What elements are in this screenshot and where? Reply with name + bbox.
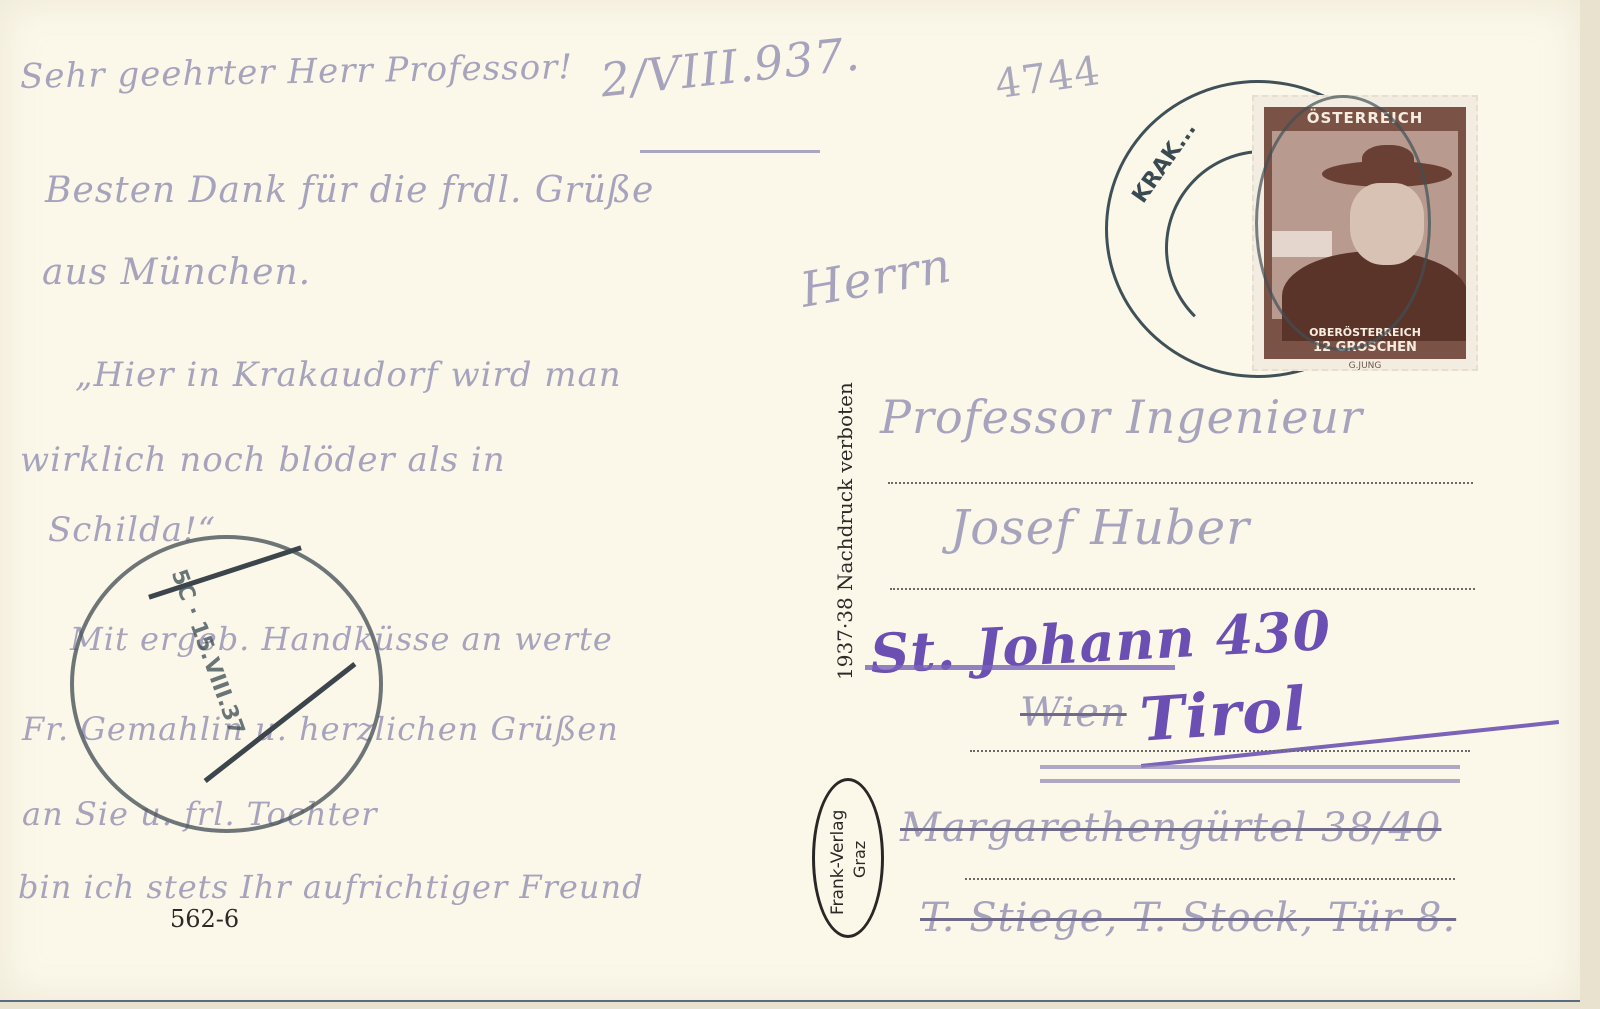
address-original-street: Margarethengürtel 38/40 <box>900 805 1441 851</box>
stamp-cancel-ring <box>1255 95 1431 351</box>
message-line-5: wirklich noch blöder als in <box>20 440 506 480</box>
address-forwarding-line-1: St. Johann 430 <box>869 598 1333 686</box>
address-line-2 <box>890 588 1475 590</box>
address-double-strike <box>1040 765 1460 783</box>
message-line-3: aus München. <box>42 252 311 293</box>
message-line-4: „Hier in Krakaudorf wird man <box>75 355 622 395</box>
forwarding-strike <box>865 665 1175 670</box>
address-title: Professor Ingenieur <box>880 390 1363 444</box>
publisher-name: Frank-Verlag <box>828 810 848 915</box>
address-forwarding-line-2: Tirol <box>1138 674 1309 755</box>
publisher-logo <box>812 778 884 938</box>
publisher-city: Graz <box>850 841 869 878</box>
address-line-4 <box>965 878 1455 880</box>
address-line-3 <box>970 750 1470 752</box>
copyright-line: 1937·38 Nachdruck verboten <box>833 382 857 680</box>
address-name: Josef Huber <box>950 500 1250 556</box>
address-line-1 <box>888 482 1473 484</box>
archive-number: 4744 <box>992 48 1103 108</box>
address-salutation: Herrn <box>796 237 955 319</box>
message-line-2: Besten Dank für die frdl. Grüße <box>45 170 654 211</box>
stamp-designer: G.JUNG <box>1254 361 1476 371</box>
message-greeting: Sehr geehrter Herr Professor! <box>20 47 574 97</box>
address-original-city: Wien <box>1020 690 1127 736</box>
postcard: Sehr geehrter Herr Professor! 2/VIII.937… <box>0 0 1580 1002</box>
message-line-10: bin ich stets Ihr aufrichtiger Freund <box>18 868 644 906</box>
date-underline <box>640 150 820 153</box>
address-original-detail: T. Stiege, T. Stock, Tür 8. <box>920 895 1456 941</box>
message-date: 2/VIII.937. <box>598 27 863 108</box>
card-number: 562-6 <box>170 905 239 933</box>
